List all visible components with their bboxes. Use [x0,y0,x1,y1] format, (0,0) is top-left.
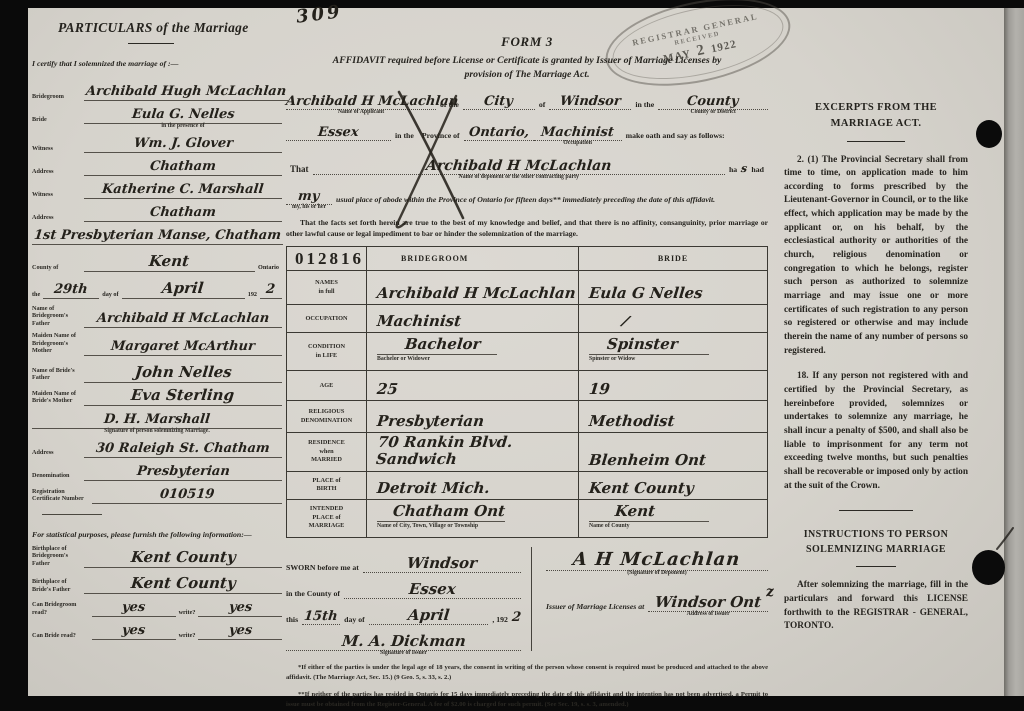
deponent-signature-line: A H McLachlan (Signature of Deponent) [546,549,768,571]
of-text: of [535,100,550,110]
birthplace-bride-father-line: Kent County [84,574,282,594]
bride-write-value: yes [228,623,253,638]
issuer-place: Windsor Ont [654,593,762,611]
sworn-place-row: SWORN before me at Windsor [286,554,521,573]
intended-place-groom-caption: Name of City, Town, Village or Township [377,523,570,529]
applicant-slot: Archibald H McLachlan Name of Applicant [286,94,436,110]
marriage-date-row: the 29th day of April 192 2 [32,276,282,299]
condition-groom: Bachelor [404,335,481,353]
occupation-value: Machinist [540,125,614,140]
my-caption: my, his or her [286,204,332,211]
solemnizer-signature-caption: Signature of person solemnizing Marriage… [32,428,282,435]
affidavit-section: FORM 3 AFFIDAVIT required before License… [286,34,768,711]
deponent-caption: Name of deponent or the other contractin… [313,174,725,181]
registration-number-row: Registration Certificate Number 010519 [32,481,282,504]
address1-value: Chatham [149,159,216,174]
denomination-line: Presbyterian [84,462,282,481]
names-label: NAMES in full [287,271,367,305]
condition-label: CONDITION in LIFE [287,333,367,371]
place-type: City [484,94,514,109]
hole-punch-top [976,120,1002,148]
age-groom-cell: 25 [367,371,579,401]
birthplace-groom-father-label: Birthplace of Bridegroom's Father [32,545,84,568]
age-bride: 19 [588,380,611,398]
in-the-text: in the [631,100,658,110]
county-word-caption: County or District [658,109,768,116]
intended-place-bride-cell: Kent Name of County [579,499,768,537]
birthplace-bride-cell: Kent County [579,471,768,499]
address1-label: Address [32,168,84,176]
issuer-place-line: Windsor Ont Address of Issuer [648,593,768,612]
my-word: my [298,189,321,204]
ha-text: ha [725,165,741,175]
occupation-groom: Machinist [376,312,462,330]
solemnized-place: 1st Presbyterian Manse, Chatham [33,228,282,243]
affidavit-subtitle: AFFIDAVIT required before License or Cer… [286,54,768,81]
deponent-slot: Archibald H McLachlan Name of deponent o… [313,158,725,175]
county-word-slot: County County or District [658,94,768,110]
bride-father-label: Name of Bride's Father [32,367,84,383]
groom-write-line: yes [198,598,282,617]
solemnized-place-line: 1st Presbyterian Manse, Chatham [32,226,283,245]
sworn-day-line: 15th [302,609,340,625]
instructions-heading-line2: SOLEMNIZING MARRIAGE [784,542,968,557]
date-day-line: 29th [43,280,99,299]
county-line: Kent [84,252,255,272]
occupation-bride-mark: / [620,312,632,330]
instructions-divider [839,510,913,511]
names-bride-cell: Eula G Nelles [579,271,768,305]
religion-row: RELIGIOUS DENOMINATION Presbyterian Meth… [287,401,768,433]
condition-groom-caption: Bachelor or Widower [377,356,570,362]
condition-bride-caption: Spinster or Widow [589,356,759,362]
groom-mother-name: Margaret McArthur [110,339,255,354]
registration-number: 010519 [159,487,215,502]
bride-row: Bride Eula G. Nelles in the presence of [32,101,282,124]
religion-bride-cell: Methodist [579,401,768,433]
age-groom: 25 [376,380,399,398]
groom-mother-line: Margaret McArthur [84,337,282,356]
witness1-label: Witness [32,145,84,153]
footnote-consent: *If either of the parties is under the l… [286,663,768,683]
abode-line: my my, his or her usual place of abode w… [286,189,768,205]
applicant-line: Archibald H McLachlan Name of Applicant … [286,94,768,110]
sworn-county-row: in the County of Essex [286,580,521,599]
occupation-groom-cell: Machinist [367,305,579,333]
date-month: April [161,279,204,297]
groom-mother-row: Maiden Name of Bridegroom's Mother Marga… [32,332,282,355]
intended-place-groom: Chatham Ont [392,502,506,520]
solemnizer-signature-line: D. H. Marshall Signature of person solem… [32,410,282,429]
bride-father-line: John Nelles [84,363,282,383]
sworn-right: A H McLachlan (Signature of Deponent) Is… [532,547,768,651]
bridegroom-row: Bridegroom Archibald Hugh McLachlan [32,78,282,101]
issuer-signature-caption: Signature of Issuer [286,650,521,657]
denomination-value: Presbyterian [136,464,230,479]
footnote-residency: **If neither of the parties has resided … [286,690,768,710]
issuer-signature-row: M. A. Dickman Signature of Issuer [286,632,521,651]
bridegroom-label: Bridegroom [32,93,84,101]
solemnizer-address-label: Address [32,449,84,457]
county-row: County of Kent Ontario [32,249,282,272]
sworn-this-text: this [286,615,302,625]
sworn-month: April [407,606,450,624]
names-bride: Eula G Nelles [588,284,704,302]
occupation-label: OCCUPATION [287,305,367,333]
scanned-marriage-record: { "annotations": { "page_number": "309",… [0,0,1024,711]
bridegroom-column-header: BRIDEGROOM [367,247,579,271]
condition-row: CONDITION in LIFE Bachelor Bachelor or W… [287,333,768,371]
bride-label: Bride [32,116,84,124]
county-slot: Essex [286,125,391,141]
residence-row: RESIDENCE when MARRIED 70 Rankin Blvd. S… [287,433,768,471]
particulars-section: PARTICULARS of the Marriage I certify th… [32,20,282,640]
issuer-place-caption: Address of Issuer [648,611,768,618]
address1-row: Address Chatham [32,153,282,176]
bridegroom-name: Archibald Hugh McLachlan [85,84,287,99]
county-name: Essex [317,125,359,140]
sworn-place-line: Windsor [363,554,521,573]
names-row: NAMES in full Archibald H McLachlan Eula… [287,271,768,305]
sworn-date-row: this 15th day of April , 192 2 [286,606,521,625]
deponent-signature-row: A H McLachlan (Signature of Deponent) [546,549,768,571]
residence-label: RESIDENCE when MARRIED [287,433,367,471]
county-word: County [687,94,740,109]
excerpts-rule [847,141,905,142]
birthplace-groom-father-line: Kent County [84,548,282,568]
intended-place-row: INTENDED PLACE of MARRIAGE Chatham Ont N… [287,499,768,537]
statistical-rule [42,514,102,515]
bride-read-label: Can Bride read? [32,632,92,640]
groom-read-line: yes [92,598,176,617]
deponent-signature-caption: (Signature of Deponent) [546,570,768,577]
place-type-slot: City [463,94,535,110]
witness2-row: Witness Katherine C. Marshall [32,176,282,199]
sworn-year: 2 [511,610,522,625]
witness2-line: Katherine C. Marshall [84,180,282,199]
deponent-line: That Archibald H McLachlan Name of depon… [286,158,768,175]
sworn-county-pre: in the County of [286,589,344,599]
abode-text: usual place of abode within the Province… [332,195,768,205]
sworn-place: Windsor [406,554,478,572]
denomination-row: Denomination Presbyterian [32,458,282,481]
groom-read-label: Can Bridegroom read? [32,601,92,617]
witness2-label: Witness [32,191,84,199]
sworn-day: 15th [304,609,339,624]
groom-father-name: Archibald H McLachlan [96,311,270,326]
occupation-bride-cell: / [579,305,768,333]
issuer-pre-text: Issuer of Marriage Licenses at [546,602,648,612]
date-mid: day of [99,291,121,299]
bride-name: Eula G. Nelles [131,107,235,122]
county-label: County of [32,264,84,272]
date-year: 2 [266,282,277,297]
address2-line: Chatham [84,203,282,222]
province-of-text: Province of [418,131,464,141]
religion-label: RELIGIOUS DENOMINATION [287,401,367,433]
bride-mother-row: Maiden Name of Bride's Mother Eva Sterli… [32,383,282,406]
bride-literacy-row: Can Bride read? yes write? yes [32,617,282,640]
residence-bride-cell: Blenheim Ont [579,433,768,471]
residence-groom: 70 Rankin Blvd. Sandwich [375,434,513,469]
issuer-signature-line: M. A. Dickman Signature of Issuer [286,632,521,651]
county-province-line: Essex in the Province of Ontario, Machin… [286,125,768,141]
province-word: Ontario [255,264,282,272]
solemnizer-signature: D. H. Marshall [103,412,211,427]
affidavit-subtitle-line1: AFFIDAVIT required before License or Cer… [286,54,768,68]
birthplace-groom-cell: Detroit Mich. [367,471,579,499]
bride-mother-label: Maiden Name of Bride's Mother [32,390,84,406]
issuer-address-row: Issuer of Marriage Licenses at Windsor O… [546,593,768,612]
bride-read-line: yes [92,621,176,640]
sworn-pre-text: SWORN before me at [286,563,363,573]
groom-literacy-row: Can Bridegroom read? yes write? yes [32,594,282,617]
date-year-prefix: 192 [245,291,260,299]
religion-bride: Methodist [588,412,675,430]
sworn-dayof-text: day of [340,615,369,625]
birthplace-bride-father: Kent County [130,574,237,592]
statistical-note: For statistical purposes, please furnish… [32,529,282,540]
birthplace-groom-father-row: Birthplace of Bridegroom's Father Kent C… [32,545,282,568]
occupation-slot: Machinist Occupation [534,125,622,141]
intended-place-bride: Kent [614,502,656,520]
excerpts-heading: EXCERPTS FROM THE MARRIAGE ACT. [784,100,968,132]
registration-number-line: 010519 [92,485,282,504]
birthplace-groom: Detroit Mich. [376,479,491,497]
place-slot: Windsor [549,94,631,110]
witness1-name: Wm. J. Glover [133,136,234,151]
bride-mother-name: Eva Sterling [131,386,236,404]
form-number: FORM 3 [286,34,768,50]
address2-label: Address [32,214,84,222]
witness1-line: Wm. J. Glover [84,134,282,153]
date-month-line: April [122,279,245,299]
sworn-block: SWORN before me at Windsor in the County… [286,547,768,651]
residence-bride: Blenheim Ont [588,451,707,469]
names-groom: Archibald H McLachlan [376,284,577,302]
age-bride-cell: 19 [579,371,768,401]
address1-line: Chatham [84,157,282,176]
residence-groom-cell: 70 Rankin Blvd. Sandwich [367,433,579,471]
denomination-label: Denomination [32,472,84,480]
bride-line: Eula G. Nelles in the presence of [84,105,282,124]
groom-father-label: Name of Bridegroom's Father [32,305,84,328]
instructions-heading-line1: INSTRUCTIONS TO PERSON [784,527,968,542]
particulars-heading: PARTICULARS of the Marriage [58,20,282,36]
solemnizer-address-line: 30 Raleigh St. Chatham [84,439,282,458]
birthplace-label: PLACE of BIRTH [287,471,367,499]
had-text: had [747,165,768,175]
religion-groom: Presbyterian [376,412,485,430]
religion-groom-cell: Presbyterian [367,401,579,433]
date-year-line: 2 [260,280,282,299]
birthplace-bride-father-label: Birthplace of Bride's Father [32,578,84,594]
birthplace-bride-father-row: Birthplace of Bride's Father Kent County [32,571,282,594]
age-label: AGE [287,371,367,401]
bride-read-value: yes [121,623,146,638]
place-name: Windsor [559,94,621,109]
bride-mother-line: Eva Sterling [84,386,282,406]
instructions-heading: INSTRUCTIONS TO PERSON SOLEMNIZING MARRI… [784,527,968,557]
excerpt-section-18: 18. If any person not registered with an… [784,370,968,493]
county-value: Kent [149,252,191,270]
address2-row: Address Chatham [32,199,282,222]
birthplace-row: PLACE of BIRTH Detroit Mich. Kent County [287,471,768,499]
in-the-text2: in the [391,131,418,141]
registration-number-label: Registration Certificate Number [32,488,92,504]
bride-father-row: Name of Bride's Father John Nelles [32,360,282,383]
birthplace-groom-father: Kent County [130,548,237,566]
applicant-caption: Name of Applicant [286,109,436,116]
groom-father-row: Name of Bridegroom's Father Archibald H … [32,305,282,328]
groom-write-label: write? [176,609,199,617]
instructions-paragraph: After solemnizing the marriage, fill in … [784,579,968,634]
certify-statement: I certify that I solemnized the marriage… [32,59,282,68]
province-name: Ontario, [468,125,530,140]
intended-place-label: INTENDED PLACE of MARRIAGE [287,499,367,537]
license-serial-number: 012816 [287,247,367,271]
presence-caption: in the presence of [84,123,282,130]
bridegroom-line: Archibald Hugh McLachlan [84,82,288,101]
intended-place-bride-caption: Name of County [589,523,759,529]
bride-column-header: BRIDE [579,247,768,271]
occupation-caption: Occupation [534,140,622,147]
groom-write-value: yes [228,600,253,615]
witness2-name: Katherine C. Marshall [102,182,265,197]
oath-tail-text: make oath and say as follows: [622,131,729,141]
groom-father-line: Archibald H McLachlan [84,309,282,328]
groom-mother-label: Maiden Name of Bridegroom's Mother [32,332,84,355]
date-prefix: the [32,291,43,299]
deponent-name: Archibald H McLachlan [425,158,612,174]
solemnizer-signature-row: D. H. Marshall Signature of person solem… [32,406,282,429]
solemnizer-address: 30 Raleigh St. Chatham [95,441,270,456]
condition-groom-cell: Bachelor Bachelor or Widower [367,333,579,371]
sworn-year-pre: , 192 [488,615,512,625]
groom-read-value: yes [121,600,146,615]
bride-write-label: write? [176,632,199,640]
sworn-month-line: April [369,606,489,625]
province-slot: Ontario, [464,125,534,141]
facts-paragraph: That the facts set forth herein are true… [286,217,768,239]
condition-bride: Spinster [606,335,679,353]
witness1-row: Witness Wm. J. Glover [32,130,282,153]
age-row: AGE 25 19 [287,371,768,401]
that-word: That [286,164,313,175]
bride-father-name: John Nelles [134,363,233,381]
my-slot: my my, his or her [286,189,332,205]
instructions-rule [856,566,896,567]
date-day: 29th [54,282,89,297]
bridegroom-bride-table: 012816 BRIDEGROOM BRIDE NAMES in full Ar… [286,246,768,537]
birthplace-bride: Kent County [588,479,695,497]
solemnized-place-row: 1st Presbyterian Manse, Chatham [32,222,282,245]
scan-page-edge [1004,8,1024,696]
deponent-signature: A H McLachlan [572,549,742,570]
occupation-row: OCCUPATION Machinist / [287,305,768,333]
names-groom-cell: Archibald H McLachlan [367,271,579,305]
hole-punch-bottom [972,550,1005,585]
sworn-county-line: Essex [344,580,521,599]
condition-bride-cell: Spinster Spinster or Widow [579,333,768,371]
table-header-row: 012816 BRIDEGROOM BRIDE [287,247,768,271]
heading-rule [128,43,174,44]
excerpts-section: EXCERPTS FROM THE MARRIAGE ACT. 2. (1) T… [784,100,968,634]
intended-place-groom-cell: Chatham Ont Name of City, Town, Village … [367,499,579,537]
sworn-left: SWORN before me at Windsor in the County… [286,547,532,651]
solemnizer-address-row: Address 30 Raleigh St. Chatham [32,435,282,458]
applicant-name: Archibald H McLachlan [285,94,459,109]
address2-value: Chatham [149,205,216,220]
affidavit-subtitle-line2: provision of The Marriage Act. [286,68,768,82]
excerpt-section-2: 2. (1) The Provincial Secretary shall fr… [784,154,968,359]
bride-write-line: yes [198,621,282,640]
issuer-signature: M. A. Dickman [341,632,467,650]
sworn-county: Essex [408,580,457,598]
